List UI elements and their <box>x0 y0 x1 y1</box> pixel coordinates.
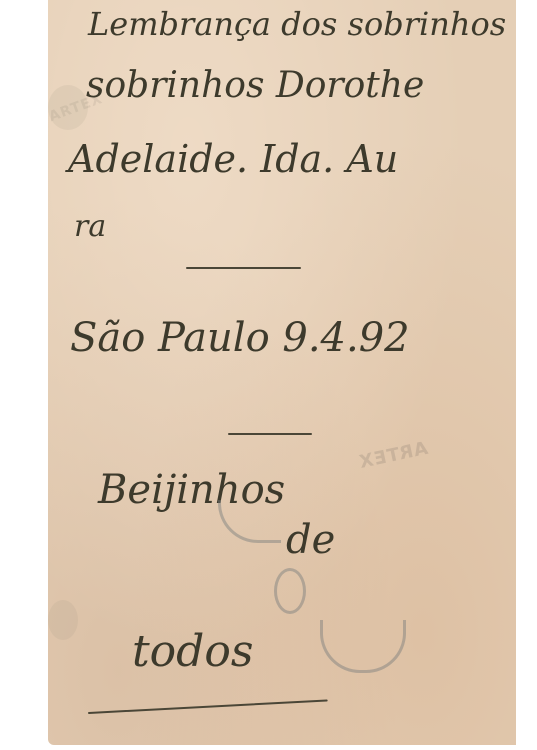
line-text: todos <box>132 626 253 677</box>
line-text: ra <box>74 209 106 244</box>
underline <box>88 699 328 714</box>
stain <box>48 600 78 640</box>
handwritten-line-2: sobrinhos Dorothe <box>86 68 424 104</box>
pencil-mark <box>320 620 406 673</box>
line-text: São Paulo 9.4.92 <box>70 315 410 361</box>
divider-line <box>228 433 312 435</box>
handwritten-line-4: ra <box>74 212 106 242</box>
place-date-line: São Paulo 9.4.92 <box>70 318 410 358</box>
card-back: ARTEX ARTEX Lembrança dos sobrinhos sobr… <box>48 0 516 745</box>
signature-line: todos <box>132 630 253 674</box>
line-text: Adelaide. Ida. Au <box>68 137 398 181</box>
closing-line-2: de <box>286 520 335 560</box>
divider-line <box>186 267 301 269</box>
line-text: de <box>286 517 335 563</box>
line-text: Lembrança dos sobrinhos <box>88 5 506 43</box>
line-text: sobrinhos Dorothe <box>86 65 424 106</box>
pencil-mark <box>218 500 281 543</box>
handwritten-line-3: Adelaide. Ida. Au <box>68 140 398 178</box>
pencil-mark <box>274 568 306 614</box>
handwritten-line-1: Lembrança dos sobrinhos <box>88 8 506 40</box>
faded-stamp: ARTEX <box>357 438 430 473</box>
